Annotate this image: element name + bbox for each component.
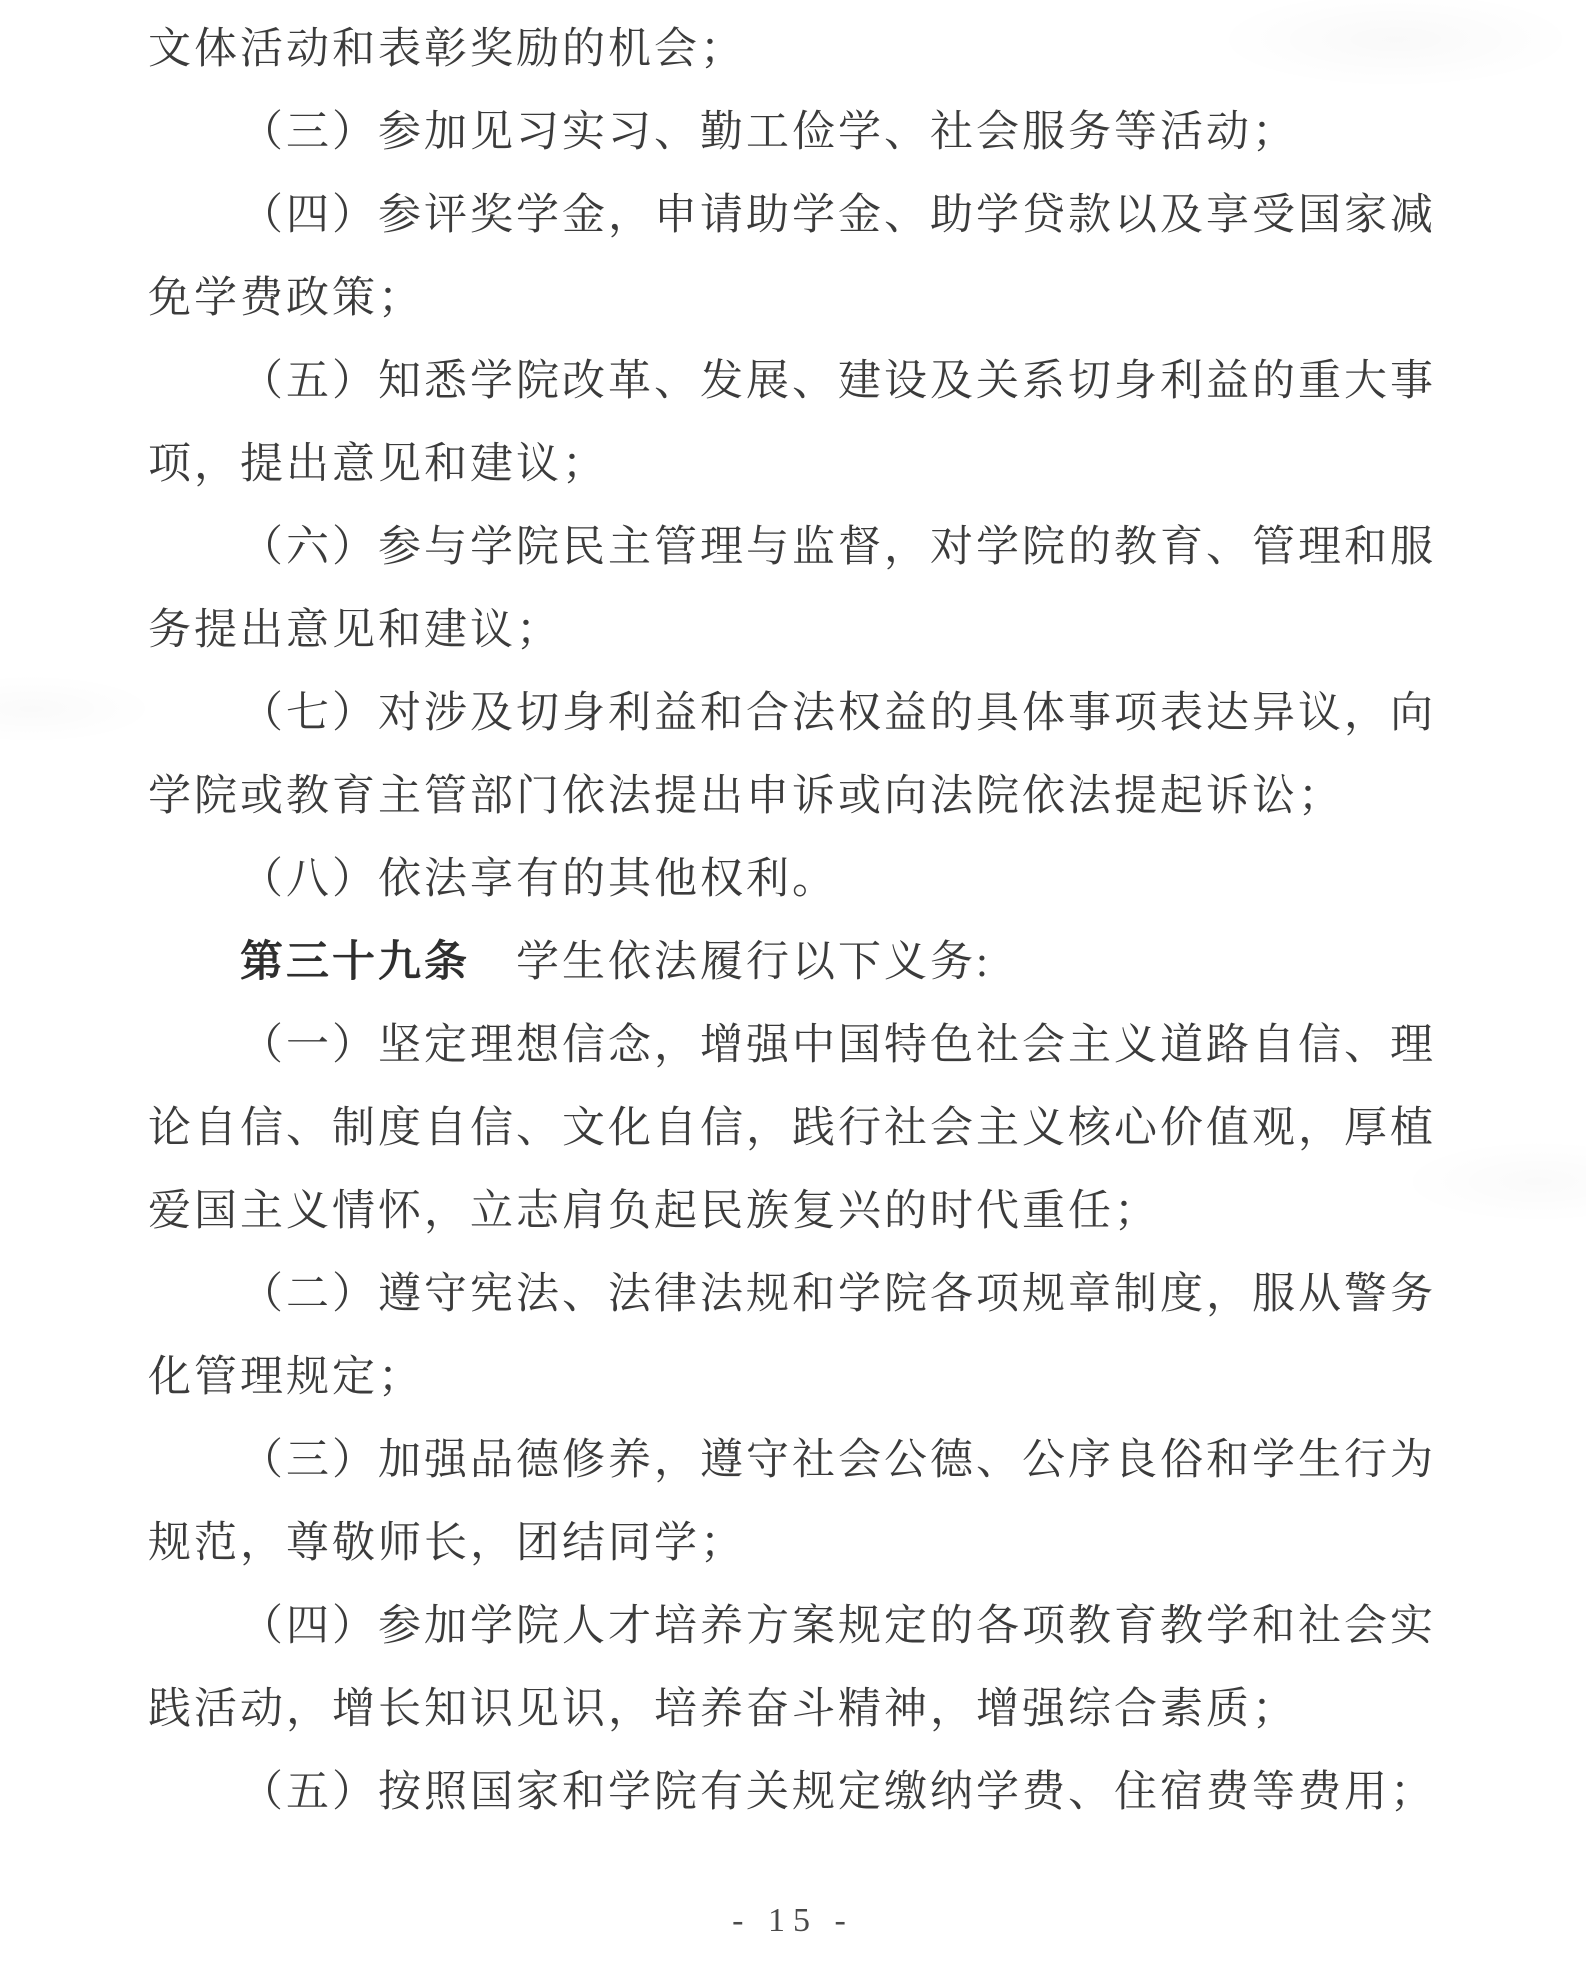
line-text: 践活动，增长知识见识，培养奋斗精神，增强综合素质；	[148, 1686, 1298, 1733]
line-text: （八）依法享有的其他权利。	[240, 856, 838, 903]
line-text: 化管理规定；	[148, 1354, 424, 1401]
text-line: 学院或教育主管部门依法提出申诉或向法院依法提起诉讼；	[148, 755, 1478, 838]
line-text: 务提出意见和建议；	[148, 607, 562, 654]
line-text: 学院或教育主管部门依法提出申诉或向法院依法提起诉讼；	[148, 773, 1344, 820]
line-text: （五）按照国家和学院有关规定缴纳学费、住宿费等费用；	[240, 1769, 1436, 1816]
article-number: 第三十九条	[240, 939, 470, 986]
text-line: （一）坚定理想信念，增强中国特色社会主义道路自信、理	[148, 1004, 1478, 1087]
document-body: 文体活动和表彰奖励的机会；（三）参加见习实习、勤工俭学、社会服务等活动；（四）参…	[148, 8, 1478, 1834]
text-line: （八）依法享有的其他权利。	[148, 838, 1478, 921]
text-line: （二）遵守宪法、法律法规和学院各项规章制度，服从警务	[148, 1253, 1478, 1336]
line-text: 文体活动和表彰奖励的机会；	[148, 26, 746, 73]
article-39-heading: 第三十九条 学生依法履行以下义务:	[148, 921, 1478, 1004]
line-text: （三）加强品德修养，遵守社会公德、公序良俗和学生行为	[240, 1437, 1436, 1484]
text-line: （三）加强品德修养，遵守社会公德、公序良俗和学生行为	[148, 1419, 1478, 1502]
text-line: （五）知悉学院改革、发展、建设及关系切身利益的重大事	[148, 340, 1478, 423]
line-text: （一）坚定理想信念，增强中国特色社会主义道路自信、理	[240, 1022, 1436, 1069]
line-text: （四）参加学院人才培养方案规定的各项教育教学和社会实	[240, 1603, 1436, 1650]
line-text: （二）遵守宪法、法律法规和学院各项规章制度，服从警务	[240, 1271, 1436, 1318]
text-line: 务提出意见和建议；	[148, 589, 1478, 672]
text-line: 化管理规定；	[148, 1336, 1478, 1419]
text-line: 践活动，增长知识见识，培养奋斗精神，增强综合素质；	[148, 1668, 1478, 1751]
line-text: （七）对涉及切身利益和合法权益的具体事项表达异议，向	[240, 690, 1436, 737]
text-line: 项，提出意见和建议；	[148, 423, 1478, 506]
line-text: （六）参与学院民主管理与监督，对学院的教育、管理和服	[240, 524, 1436, 571]
line-text: 免学费政策；	[148, 275, 424, 322]
text-line: 论自信、制度自信、文化自信，践行社会主义核心价值观，厚植	[148, 1087, 1478, 1170]
line-text: 学生依法履行以下义务:	[470, 939, 991, 986]
text-line: （三）参加见习实习、勤工俭学、社会服务等活动；	[148, 91, 1478, 174]
text-line: 规范，尊敬师长，团结同学；	[148, 1502, 1478, 1585]
line-text: 规范，尊敬师长，团结同学；	[148, 1520, 746, 1567]
line-text: 爱国主义情怀，立志肩负起民族复兴的时代重任；	[148, 1188, 1160, 1235]
line-text: 项，提出意见和建议；	[148, 441, 608, 488]
line-text: （三）参加见习实习、勤工俭学、社会服务等活动；	[240, 109, 1298, 156]
line-text: （四）参评奖学金，申请助学金、助学贷款以及享受国家减	[240, 192, 1436, 239]
line-text: 论自信、制度自信、文化自信，践行社会主义核心价值观，厚植	[148, 1105, 1436, 1152]
text-line: 免学费政策；	[148, 257, 1478, 340]
text-line: （四）参评奖学金，申请助学金、助学贷款以及享受国家减	[148, 174, 1478, 257]
document-page: 文体活动和表彰奖励的机会；（三）参加见习实习、勤工俭学、社会服务等活动；（四）参…	[0, 0, 1586, 1969]
text-line: （六）参与学院民主管理与监督，对学院的教育、管理和服	[148, 506, 1478, 589]
line-text: （五）知悉学院改革、发展、建设及关系切身利益的重大事	[240, 358, 1436, 405]
text-line: 爱国主义情怀，立志肩负起民族复兴的时代重任；	[148, 1170, 1478, 1253]
text-line: （四）参加学院人才培养方案规定的各项教育教学和社会实	[148, 1585, 1478, 1668]
text-line: 文体活动和表彰奖励的机会；	[148, 8, 1478, 91]
page-number: - 15 -	[0, 1902, 1586, 1940]
text-line: （七）对涉及切身利益和合法权益的具体事项表达异议，向	[148, 672, 1478, 755]
text-line: （五）按照国家和学院有关规定缴纳学费、住宿费等费用；	[148, 1751, 1478, 1834]
